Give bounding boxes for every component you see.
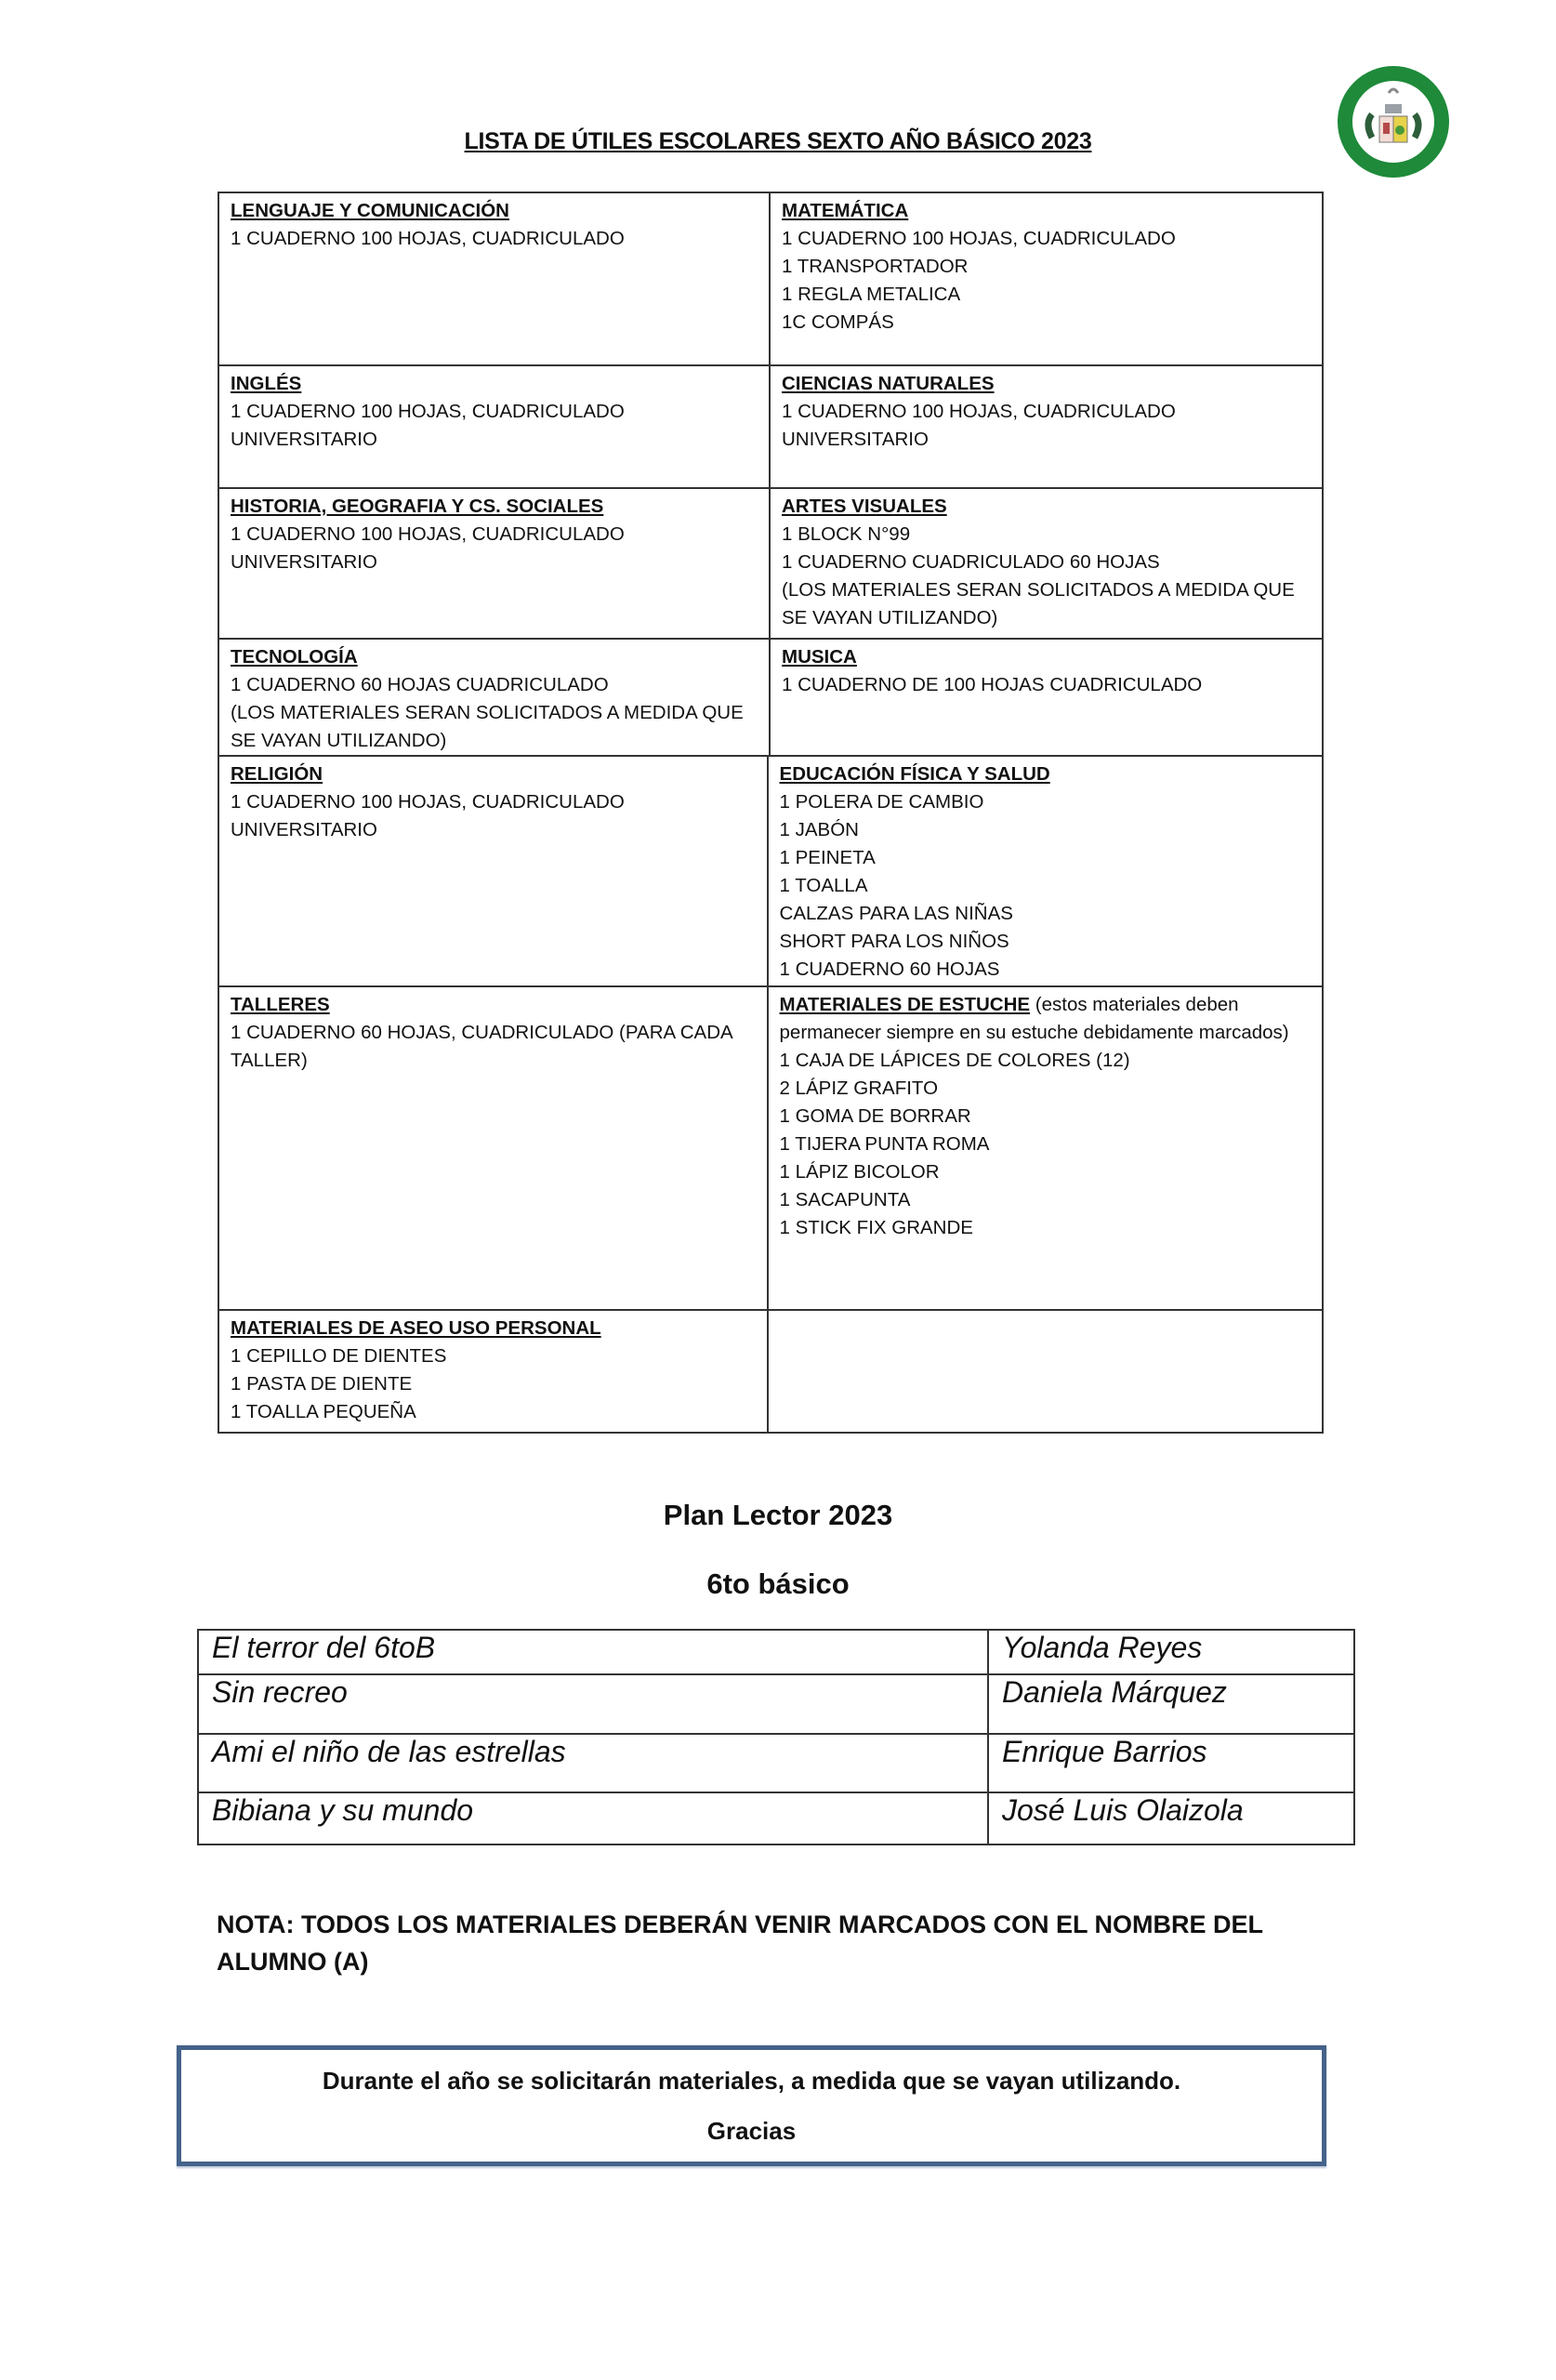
supplies-row: MATERIALES DE ASEO USO PERSONAL1 CEPILLO… [218, 1309, 1324, 1434]
supply-item: 1 CUADERNO 100 HOJAS, CUADRICULADO [231, 788, 756, 816]
plan-lector-subtitle: 6to básico [0, 1567, 1556, 1601]
table-row: El terror del 6toB Yolanda Reyes [198, 1630, 1354, 1674]
supplies-row: LENGUAJE Y COMUNICACIÓN1 CUADERNO 100 HO… [218, 192, 1324, 364]
supply-item: UNIVERSITARIO [231, 816, 756, 844]
supply-item: 1 CUADERNO CUADRICULADO 60 HOJAS [782, 549, 1311, 576]
supply-item: 1 JABÓN [780, 816, 1311, 844]
subject-heading: MUSICA [782, 646, 857, 668]
supply-item: 1 BLOCK N°99 [782, 521, 1311, 549]
book-title: Ami el niño de las estrellas [198, 1734, 988, 1792]
subject-cell: MATEMÁTICA1 CUADERNO 100 HOJAS, CUADRICU… [769, 193, 1324, 364]
subject-heading: ARTES VISUALES [782, 496, 947, 517]
supply-item: 1 GOMA DE BORRAR [780, 1103, 1311, 1130]
table-row: Ami el niño de las estrellas Enrique Bar… [198, 1734, 1354, 1792]
supplies-table: LENGUAJE Y COMUNICACIÓN1 CUADERNO 100 HO… [218, 192, 1324, 1434]
supply-item: 2 LÁPIZ GRAFITO [780, 1075, 1311, 1103]
closing-thanks: Gracias [181, 2117, 1322, 2146]
book-title: Bibiana y su mundo [198, 1792, 988, 1844]
supply-item: 1 CUADERNO 60 HOJAS, CUADRICULADO (PARA … [231, 1019, 756, 1075]
closing-box: Durante el año se solicitarán materiales… [177, 2045, 1326, 2166]
subject-heading: TECNOLOGÍA [231, 646, 358, 668]
subject-cell: EDUCACIÓN FÍSICA Y SALUD1 POLERA DE CAMB… [767, 757, 1324, 985]
book-title: Sin recreo [198, 1674, 988, 1734]
school-crest-logo [1335, 63, 1452, 180]
supply-item: 1 CUADERNO 100 HOJAS, CUADRICULADO [231, 521, 758, 549]
subject-cell [767, 1311, 1324, 1432]
subject-cell: TALLERES1 CUADERNO 60 HOJAS, CUADRICULAD… [218, 987, 767, 1309]
subject-cell: MUSICA1 CUADERNO DE 100 HOJAS CUADRICULA… [769, 640, 1324, 755]
subject-cell: MATERIALES DE ASEO USO PERSONAL1 CEPILLO… [218, 1311, 767, 1432]
supply-item: UNIVERSITARIO [231, 426, 758, 454]
subject-heading: MATERIALES DE ASEO USO PERSONAL [231, 1317, 601, 1339]
supply-item: 1 POLERA DE CAMBIO [780, 788, 1311, 816]
supply-item: CALZAS PARA LAS NIÑAS [780, 900, 1311, 928]
subject-heading: EDUCACIÓN FÍSICA Y SALUD [780, 763, 1050, 785]
supply-item: 1 SACAPUNTA [780, 1186, 1311, 1214]
table-row: Bibiana y su mundo José Luis Olaizola [198, 1792, 1354, 1844]
supply-item: (LOS MATERIALES SERAN SOLICITADOS A MEDI… [782, 576, 1311, 632]
book-author: Enrique Barrios [988, 1734, 1354, 1792]
supply-item: 1 CUADERNO 100 HOJAS, CUADRICULADO [782, 398, 1311, 426]
book-title: El terror del 6toB [198, 1630, 988, 1674]
subject-heading: MATERIALES DE ESTUCHE [780, 994, 1031, 1015]
subject-cell: HISTORIA, GEOGRAFIA Y CS. SOCIALES1 CUAD… [218, 489, 769, 638]
supply-item: 1 LÁPIZ BICOLOR [780, 1158, 1311, 1186]
supplies-row: RELIGIÓN1 CUADERNO 100 HOJAS, CUADRICULA… [218, 755, 1324, 985]
supplies-row: TECNOLOGÍA1 CUADERNO 60 HOJAS CUADRICULA… [218, 638, 1324, 755]
supply-item: 1 STICK FIX GRANDE [780, 1214, 1311, 1242]
supply-item: 1 CUADERNO 100 HOJAS, CUADRICULADO [782, 225, 1311, 253]
supplies-row: TALLERES1 CUADERNO 60 HOJAS, CUADRICULAD… [218, 985, 1324, 1309]
supply-item: 1 CUADERNO 60 HOJAS [780, 956, 1311, 984]
supply-item: 1C COMPÁS [782, 309, 1311, 337]
subject-cell: RELIGIÓN1 CUADERNO 100 HOJAS, CUADRICULA… [218, 757, 767, 985]
book-author: José Luis Olaizola [988, 1792, 1354, 1844]
supply-item: 1 CUADERNO 60 HOJAS CUADRICULADO [231, 671, 758, 699]
book-author: Daniela Márquez [988, 1674, 1354, 1734]
subject-cell: ARTES VISUALES1 BLOCK N°991 CUADERNO CUA… [769, 489, 1324, 638]
supply-item: 1 CAJA DE LÁPICES DE COLORES (12) [780, 1047, 1311, 1075]
supply-item: SHORT PARA LOS NIÑOS [780, 928, 1311, 956]
subject-cell: LENGUAJE Y COMUNICACIÓN1 CUADERNO 100 HO… [218, 193, 769, 364]
supply-item: 1 TIJERA PUNTA ROMA [780, 1130, 1311, 1158]
supply-item: UNIVERSITARIO [782, 426, 1311, 454]
supply-item: 1 CUADERNO 100 HOJAS, CUADRICULADO [231, 225, 758, 253]
supplies-row: HISTORIA, GEOGRAFIA Y CS. SOCIALES1 CUAD… [218, 487, 1324, 638]
supply-item: 1 TOALLA PEQUEÑA [231, 1398, 756, 1426]
subject-heading: LENGUAJE Y COMUNICACIÓN [231, 200, 509, 221]
closing-message: Durante el año se solicitarán materiales… [181, 2067, 1322, 2096]
reading-list-table: El terror del 6toB Yolanda Reyes Sin rec… [197, 1629, 1355, 1845]
supply-item: UNIVERSITARIO [231, 549, 758, 576]
subject-cell: INGLÉS1 CUADERNO 100 HOJAS, CUADRICULADO… [218, 366, 769, 487]
subject-heading: TALLERES [231, 994, 330, 1015]
subject-cell: TECNOLOGÍA1 CUADERNO 60 HOJAS CUADRICULA… [218, 640, 769, 755]
supplies-row: INGLÉS1 CUADERNO 100 HOJAS, CUADRICULADO… [218, 364, 1324, 487]
subject-cell: CIENCIAS NATURALES1 CUADERNO 100 HOJAS, … [769, 366, 1324, 487]
subject-heading: RELIGIÓN [231, 763, 323, 785]
table-row: Sin recreo Daniela Márquez [198, 1674, 1354, 1734]
book-author: Yolanda Reyes [988, 1630, 1354, 1674]
document-title: LISTA DE ÚTILES ESCOLARES SEXTO AÑO BÁSI… [0, 128, 1556, 155]
supply-item: 1 TRANSPORTADOR [782, 253, 1311, 281]
subject-heading: HISTORIA, GEOGRAFIA Y CS. SOCIALES [231, 496, 603, 517]
nota-text: NOTA: TODOS LOS MATERIALES DEBERÁN VENIR… [217, 1906, 1332, 1980]
supply-item: 1 TOALLA [780, 872, 1311, 900]
supply-item: 1 PEINETA [780, 844, 1311, 872]
supply-item: 1 CEPILLO DE DIENTES [231, 1342, 756, 1370]
supply-item: 1 REGLA METALICA [782, 281, 1311, 309]
supply-item: 1 PASTA DE DIENTE [231, 1370, 756, 1398]
supply-item: 1 CUADERNO DE 100 HOJAS CUADRICULADO [782, 671, 1311, 699]
supply-item: (LOS MATERIALES SERAN SOLICITADOS A MEDI… [231, 699, 758, 755]
supply-item: 1 CUADERNO 100 HOJAS, CUADRICULADO [231, 398, 758, 426]
plan-lector-title: Plan Lector 2023 [0, 1499, 1556, 1532]
subject-heading: MATEMÁTICA [782, 200, 908, 221]
subject-heading: INGLÉS [231, 373, 301, 394]
subject-cell: MATERIALES DE ESTUCHE (estos materiales … [767, 987, 1324, 1309]
subject-heading: CIENCIAS NATURALES [782, 373, 995, 394]
